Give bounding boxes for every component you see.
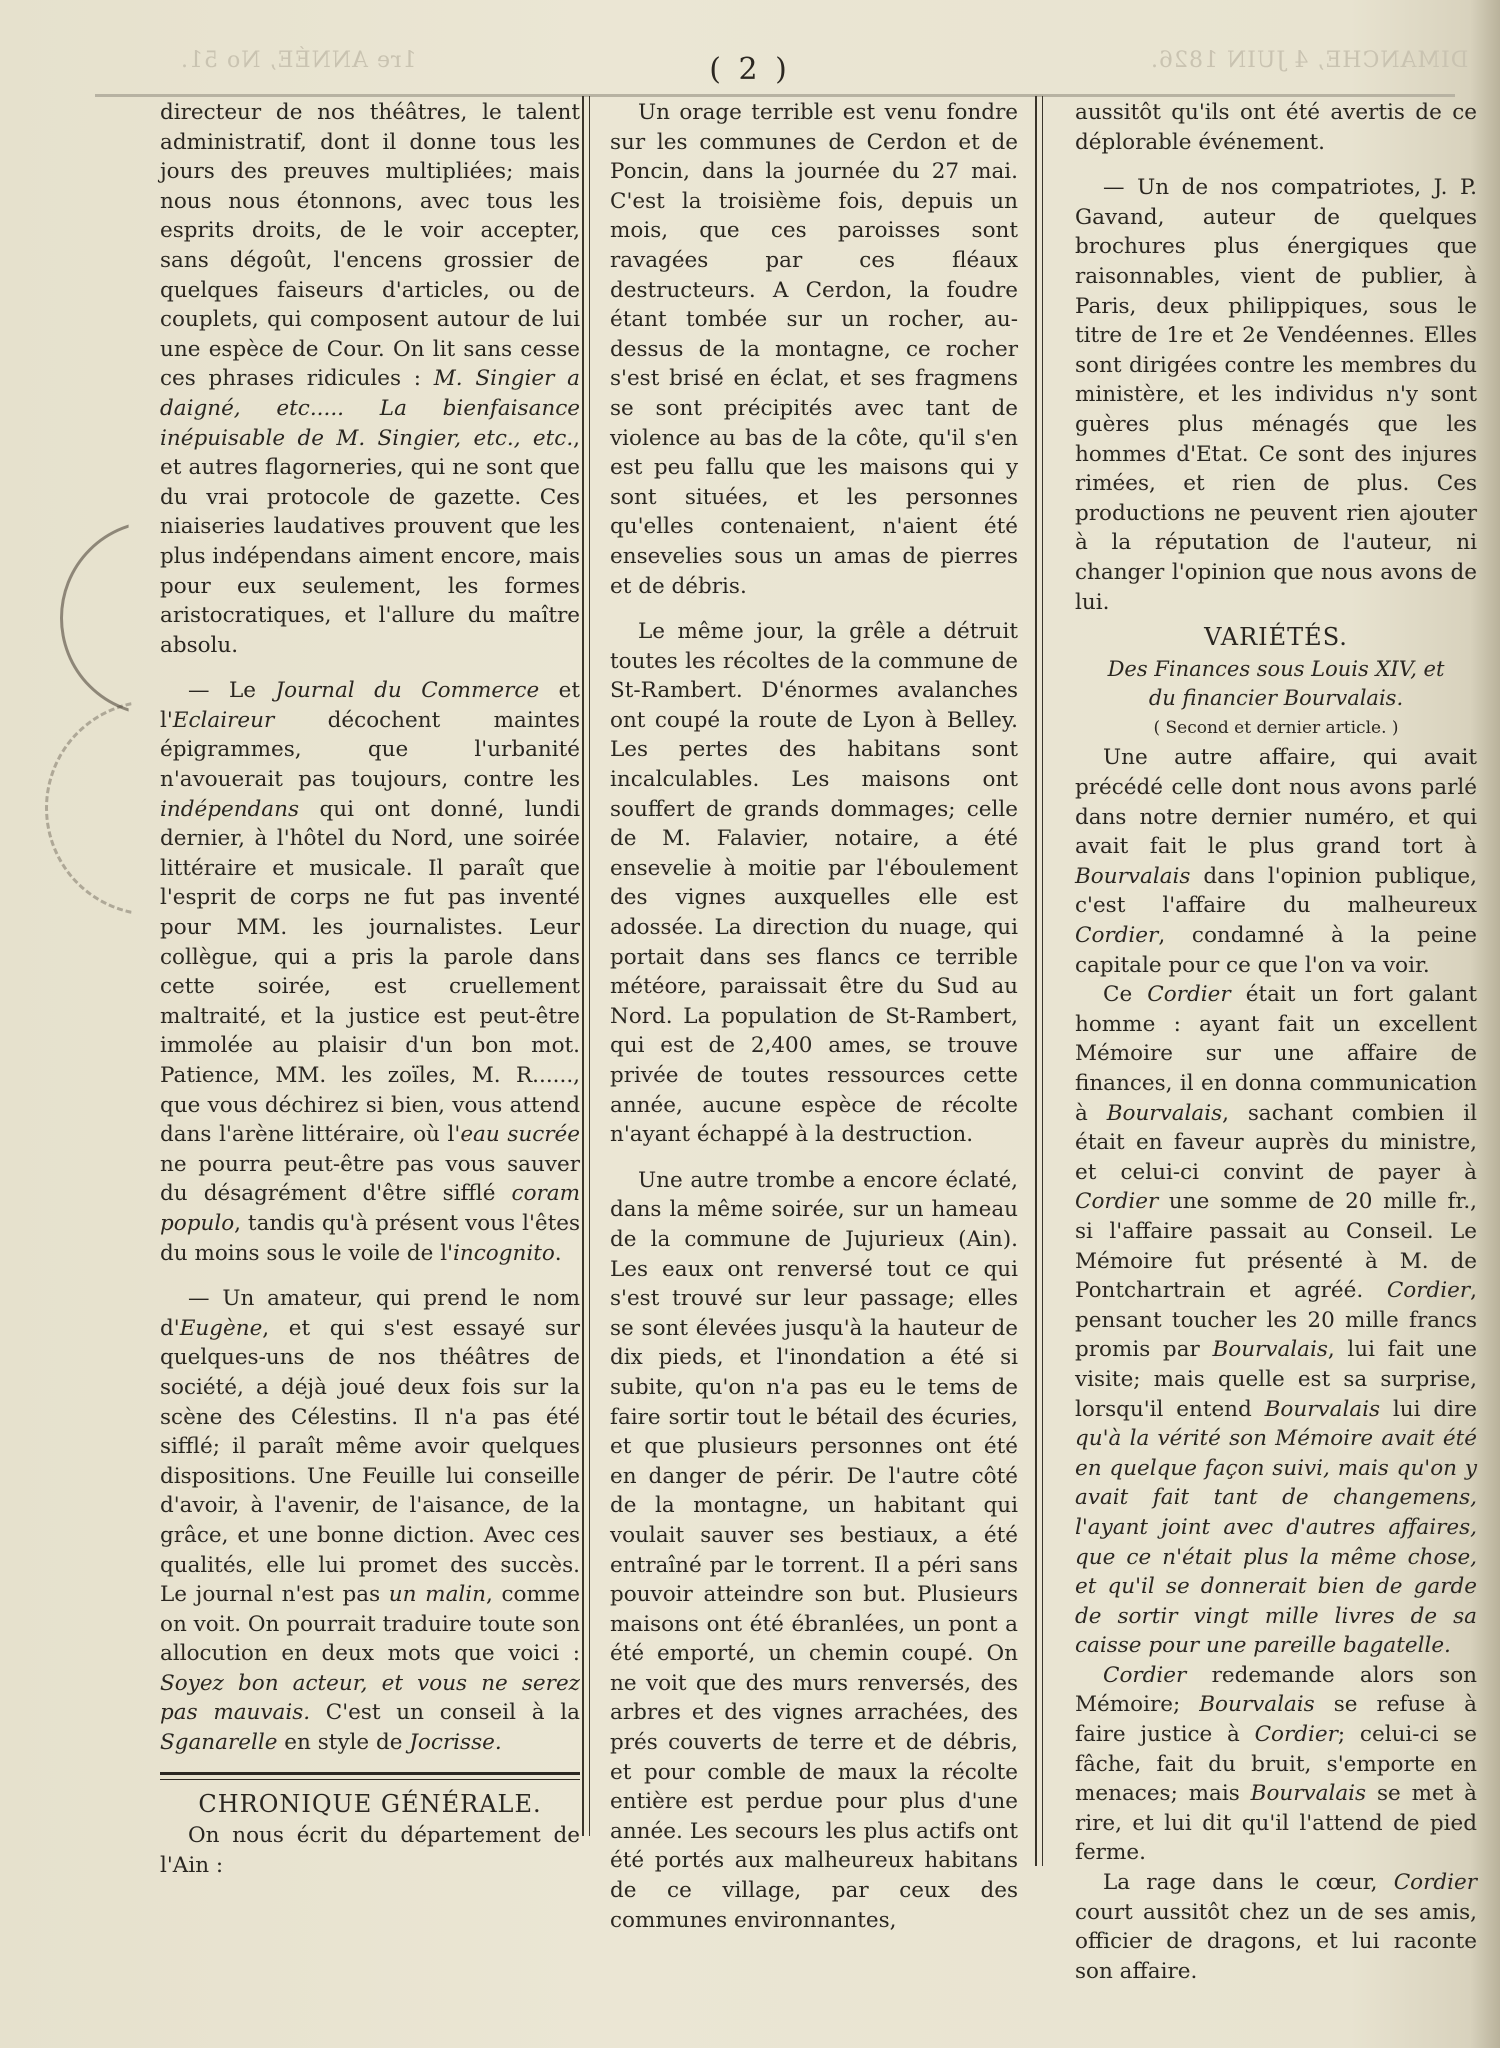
paragraph: Ce Cordier était un fort galant homme : … xyxy=(1075,980,1477,1661)
paragraph: — Le Journal du Commerce et l'Eclaireur … xyxy=(160,676,580,1268)
newspaper-page: 1re ANNÉE, No 51. DIMANCHE, 4 JUIN 1826.… xyxy=(0,0,1500,2048)
column-1: directeur de nos théâtres, le talent adm… xyxy=(160,98,580,1880)
paragraph: Un orage terrible est venu fondre sur le… xyxy=(610,98,1018,601)
paragraph: — Un amateur, qui prend le nom d'Eugène,… xyxy=(160,1284,580,1758)
paragraph: Cordier redemande alors son Mémoire; Bou… xyxy=(1075,1661,1477,1868)
article-note: ( Second et dernier article. ) xyxy=(1075,714,1477,744)
article-subtitle: Des Finances sous Louis XIV, et xyxy=(1075,655,1477,685)
article-subtitle: du financier Bourvalais. xyxy=(1075,684,1477,714)
section-title-chronique: CHRONIQUE GÉNÉRALE. xyxy=(160,1790,580,1820)
paragraph: On nous écrit du département de l'Ain : xyxy=(160,1821,580,1880)
column-3: aussitôt qu'ils ont été avertis de ce dé… xyxy=(1075,98,1477,1986)
paragraph: Le même jour, la grêle a détruit toutes … xyxy=(610,617,1018,1150)
section-divider xyxy=(160,1772,580,1780)
paragraph: aussitôt qu'ils ont été avertis de ce dé… xyxy=(1075,98,1477,157)
paragraph: directeur de nos théâtres, le talent adm… xyxy=(160,98,580,660)
page-number: ( 2 ) xyxy=(0,52,1500,87)
column-2: Un orage terrible est venu fondre sur le… xyxy=(610,98,1018,1935)
column-rule xyxy=(582,96,590,1836)
column-rule xyxy=(1035,96,1043,1866)
paragraph: Une autre affaire, qui avait précédé cel… xyxy=(1075,743,1477,980)
paragraph: La rage dans le cœur, Cordier court auss… xyxy=(1075,1868,1477,1986)
paragraph: — Un de nos compatriotes, J. P. Gavand, … xyxy=(1075,173,1477,617)
paragraph: Une autre trombe a encore éclaté, dans l… xyxy=(610,1166,1018,1935)
header-rule xyxy=(95,94,1455,97)
section-title-varietes: VARIÉTÉS. xyxy=(1075,623,1477,653)
